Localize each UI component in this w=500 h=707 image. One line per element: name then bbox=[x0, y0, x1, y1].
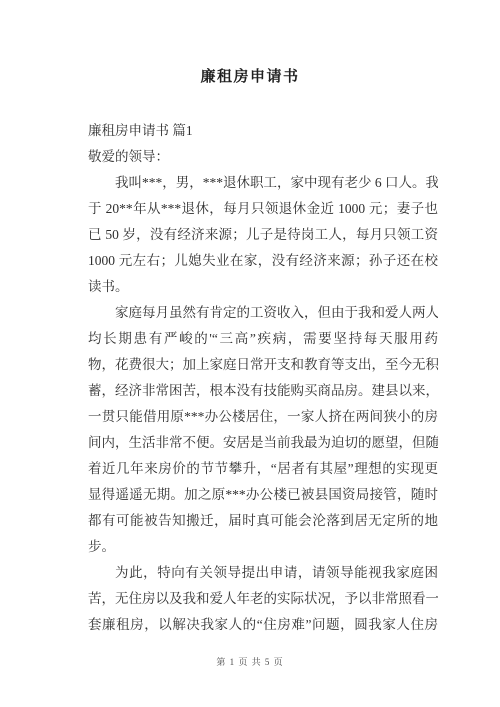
text-line: 于 20**年从***退休，每月只领退休金近 1000 元；妻子也 bbox=[88, 196, 438, 222]
text-line: 显得遥遥无期。加之原***办公楼已被县国资局接管，随时 bbox=[88, 482, 438, 508]
text-line: 苦，无住房以及我和爱人年老的实际状况，予以非常照看一 bbox=[88, 586, 438, 612]
paragraph: 敬爱的领导： bbox=[88, 144, 438, 170]
text-line: 读书。 bbox=[88, 274, 438, 300]
paragraph: 廉租房申请书 篇1 bbox=[88, 118, 438, 144]
text-line: 步。 bbox=[88, 534, 438, 560]
text-line: 已 50 岁，没有经济来源；儿子是待岗工人，每月只领工资 bbox=[88, 222, 438, 248]
page-footer: 第 1 页 共 5 页 bbox=[0, 655, 500, 668]
text-line: 敬爱的领导： bbox=[88, 144, 438, 170]
document-title: 廉租房申请书 bbox=[0, 0, 500, 86]
text-line: 一贯只能借用原***办公楼居住，一家人挤在两间狭小的房 bbox=[88, 404, 438, 430]
document-page: 廉租房申请书 廉租房申请书 篇1敬爱的领导：我叫***，男，***退休职工，家中… bbox=[0, 0, 500, 707]
text-line: 为此，特向有关领导提出申请，请领导能视我家庭困 bbox=[88, 560, 438, 586]
text-line: 我叫***，男，***退休职工，家中现有老少 6 口人。我 bbox=[88, 170, 438, 196]
text-line: 物，花费很大；加上家庭日常开支和教育等支出，至今无积 bbox=[88, 352, 438, 378]
text-line: 都有可能被告知搬迁，届时真可能会沦落到居无定所的地 bbox=[88, 508, 438, 534]
text-line: 家庭每月虽然有肯定的工资收入，但由于我和爱人两人 bbox=[88, 300, 438, 326]
text-line: 间内，生活非常不便。安居是当前我最为迫切的愿望，但随 bbox=[88, 430, 438, 456]
text-line: 廉租房申请书 篇1 bbox=[88, 118, 438, 144]
paragraph: 为此，特向有关领导提出申请，请领导能视我家庭困苦，无住房以及我和爱人年老的实际状… bbox=[88, 560, 438, 638]
text-line: 着近几年来房价的节节攀升，“居者有其屋”理想的实现更 bbox=[88, 456, 438, 482]
text-line: 均长期患有严峻的'“三高”疾病，需要坚持每天服用药 bbox=[88, 326, 438, 352]
text-line: 蓄，经济非常困苦，根本没有技能购买商品房。建县以来， bbox=[88, 378, 438, 404]
text-line: 套廉租房，以解决我家人的“住房难”问题，圆我家人住房 bbox=[88, 612, 438, 638]
paragraph: 我叫***，男，***退休职工，家中现有老少 6 口人。我于 20**年从***… bbox=[88, 170, 438, 300]
document-body: 廉租房申请书 篇1敬爱的领导：我叫***，男，***退休职工，家中现有老少 6 … bbox=[88, 118, 438, 638]
text-line: 1000 元左右；儿媳失业在家，没有经济来源；孙子还在校 bbox=[88, 248, 438, 274]
paragraph: 家庭每月虽然有肯定的工资收入，但由于我和爱人两人均长期患有严峻的'“三高”疾病，… bbox=[88, 300, 438, 560]
